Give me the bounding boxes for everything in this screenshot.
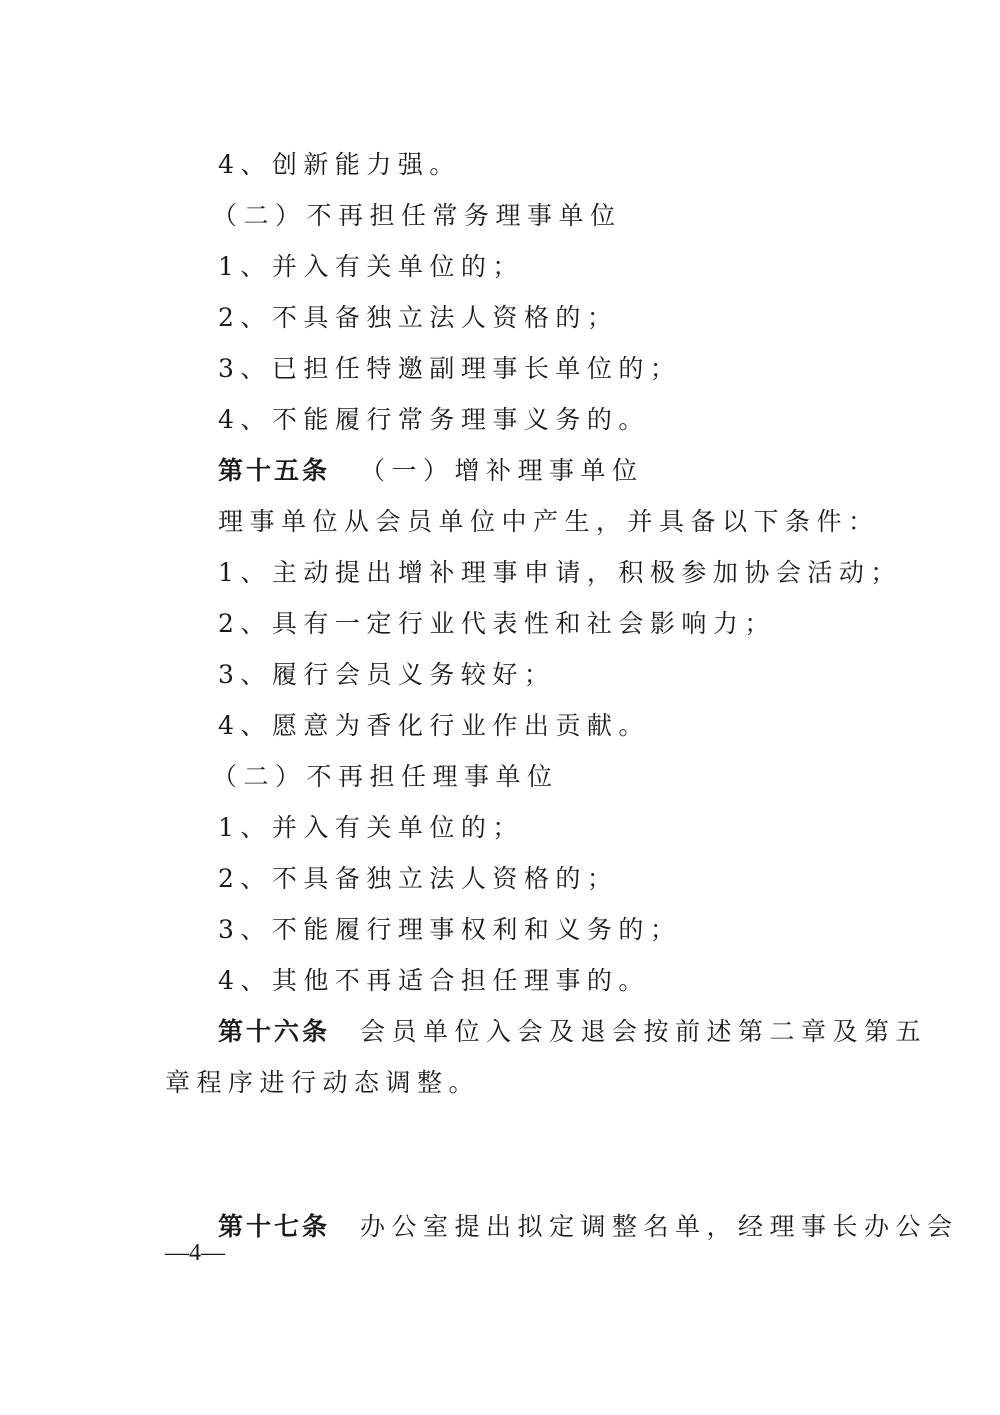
page-number: —4— bbox=[165, 1240, 225, 1267]
list-item: 4、其他不再适合担任理事的。 bbox=[218, 966, 650, 996]
section-heading: （二）不再担任理事单位 bbox=[212, 762, 559, 792]
list-item: 1、并入有关单位的； bbox=[218, 252, 524, 282]
article-number: 第十七条 bbox=[218, 1212, 330, 1241]
article-17: 第十七条办公室提出拟定调整名单，经理事长办公会 bbox=[218, 1212, 959, 1242]
article-number: 第十五条 bbox=[218, 456, 330, 485]
list-item: 2、具有一定行业代表性和社会影响力； bbox=[218, 609, 776, 639]
article-16: 第十六条会员单位入会及退会按前述第二章及第五 bbox=[218, 1017, 927, 1047]
list-item: 4、不能履行常务理事义务的。 bbox=[218, 405, 650, 435]
list-item: 1、并入有关单位的； bbox=[218, 813, 524, 843]
article-number: 第十六条 bbox=[218, 1017, 330, 1046]
list-item: 1、主动提出增补理事申请，积极参加协会活动； bbox=[218, 558, 902, 588]
paragraph: 理事单位从会员单位中产生，并具备以下条件： bbox=[218, 507, 880, 537]
paragraph: 章程序进行动态调整。 bbox=[165, 1068, 480, 1098]
list-item: 3、履行会员义务较好； bbox=[218, 660, 555, 690]
list-item: 2、不具备独立法人资格的； bbox=[218, 303, 618, 333]
article-15: 第十五条（一）增补理事单位 bbox=[218, 456, 644, 486]
list-item: 3、已担任特邀副理事长单位的； bbox=[218, 354, 681, 384]
list-item: 4、愿意为香化行业作出贡献。 bbox=[218, 711, 650, 741]
list-item: 3、不能履行理事权利和义务的； bbox=[218, 915, 681, 945]
article-text: 办公室提出拟定调整名单，经理事长办公会 bbox=[360, 1212, 959, 1241]
section-heading: （二）不再担任常务理事单位 bbox=[212, 201, 622, 231]
list-item: 2、不具备独立法人资格的； bbox=[218, 864, 618, 894]
list-item: 4、创新能力强。 bbox=[218, 150, 461, 180]
article-text: 会员单位入会及退会按前述第二章及第五 bbox=[360, 1017, 927, 1046]
article-text: （一）增补理事单位 bbox=[360, 456, 644, 485]
